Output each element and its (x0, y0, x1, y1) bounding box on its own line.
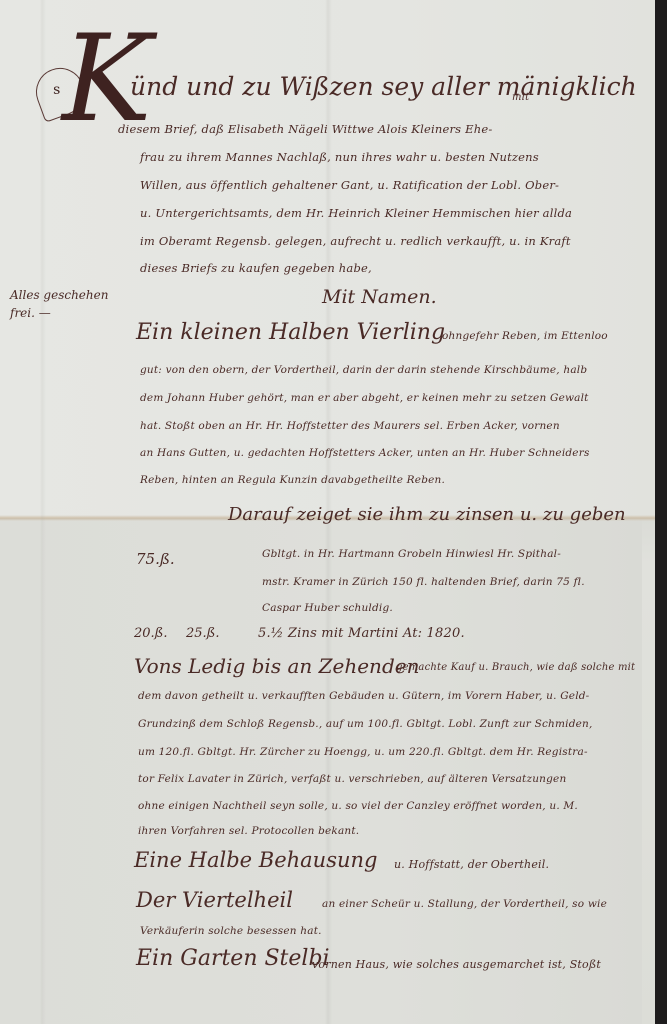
margin-note-line: Alles geschehen (10, 288, 108, 302)
opening-line: Willen, aus öffentlich gehaltener Gant, … (140, 178, 559, 192)
opening-title: ünd und zu Wißzen sey aller mänigklich (130, 72, 637, 101)
dark-background-edge (655, 0, 667, 1024)
item-line: hat. Stoßt oben an Hr. Hr. Hoffstetter d… (140, 420, 560, 432)
payment-line: Caspar Huber schuldig. (262, 602, 393, 614)
closing-item-line: Verkäuferin solche besessen hat. (140, 925, 322, 937)
payment-amount: 20.ß. (134, 626, 168, 641)
section-heading: Mit Namen. (322, 286, 437, 308)
payment-line: Gbltgt. in Hr. Hartmann Grobeln Hinwiesl… (262, 548, 561, 560)
opening-line: mit (512, 92, 529, 103)
closing-item-heading: Der Viertelheil (136, 888, 293, 912)
item-line: gut: von den obern, der Vordertheil, dar… (140, 364, 587, 376)
opening-line: frau zu ihrem Mannes Nachlaß, nun ihres … (140, 150, 539, 164)
opening-line: dieses Briefs zu kaufen gegeben habe, (140, 261, 372, 275)
closing-item-line: vornen Haus, wie solches ausgemarchet is… (312, 958, 601, 971)
margin-note-line: frei. — (10, 306, 51, 320)
closing-item-line: an einer Scheür u. Stallung, der Vordert… (322, 898, 607, 910)
opening-line: im Oberamt Regensb. gelegen, aufrecht u.… (140, 234, 571, 248)
opening-line: diesem Brief, daß Elisabeth Nägeli Wittw… (118, 122, 492, 136)
vonledig-heading: Vons Ledig bis an Zehenden (134, 654, 419, 678)
vonledig-line: tor Felix Lavater in Zürich, verfaßt u. … (138, 773, 566, 785)
item-heading: Ein kleinen Halben Vierling (136, 320, 445, 345)
payment-line: 5.½ Zins mit Martini At: 1820. (258, 626, 465, 641)
closing-item-line: u. Hoffstatt, der Obertheil. (394, 858, 549, 871)
item-line: ohngefehr Reben, im Ettenloo (442, 330, 608, 342)
vonledig-line: Grundzinß dem Schloß Regensb., auf um 10… (138, 718, 593, 730)
payment-amount-secondary: 25.ß. (186, 626, 220, 641)
payment-line: mstr. Kramer in Zürich 150 fl. haltenden… (262, 576, 585, 588)
vonledig-line: gemachte Kauf u. Brauch, wie daß solche … (396, 662, 635, 673)
vonledig-line: ohne einigen Nachtheil seyn solle, u. so… (138, 800, 578, 812)
item-line: Reben, hinten an Regula Kunzin davabgeth… (140, 474, 445, 486)
item-line: dem Johann Huber gehört, man er aber abg… (140, 392, 589, 404)
vonledig-line: ihren Vorfahren sel. Protocollen bekant. (138, 825, 359, 837)
seal-mark: s (53, 82, 60, 98)
payment-amount: 75.ß. (136, 550, 175, 568)
item-line: an Hans Gutten, u. gedachten Hoffstetter… (140, 447, 590, 459)
opening-line: u. Untergerichtsamts, dem Hr. Heinrich K… (140, 206, 572, 220)
darauf-heading: Darauf zeiget sie ihm zu zinsen u. zu ge… (228, 504, 626, 525)
vonledig-line: um 120.fl. Gbltgt. Hr. Zürcher zu Hoengg… (138, 746, 588, 758)
vonledig-line: dem davon getheilt u. verkaufften Gebäud… (138, 690, 589, 702)
closing-item-heading: Eine Halbe Behausung (134, 848, 377, 872)
closing-item-heading: Ein Garten Stelbi (136, 946, 330, 971)
